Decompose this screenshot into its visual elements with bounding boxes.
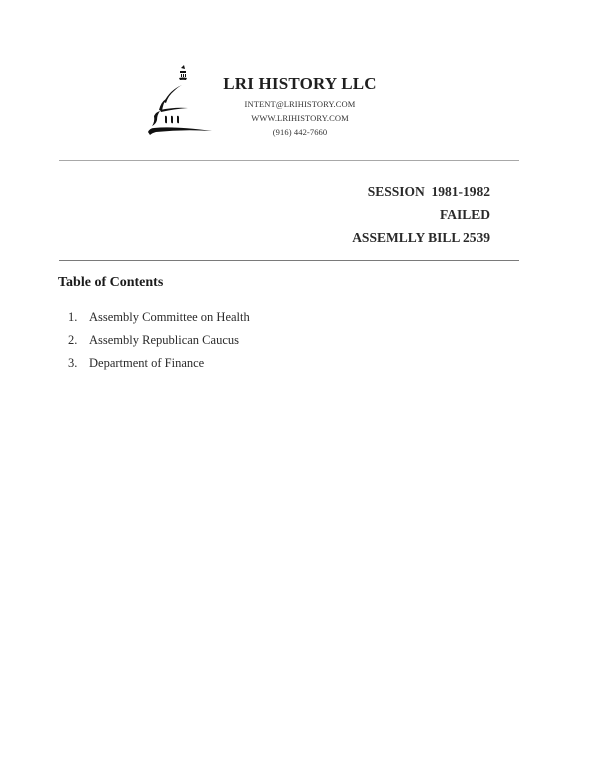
bill-session: SESSION 1981-1982 — [352, 180, 490, 203]
bill-number: ASSEMLLY BILL 2539 — [352, 226, 490, 249]
toc-title: Table of Contents — [58, 275, 163, 291]
toc-item[interactable]: 3. Department of Finance — [68, 352, 250, 375]
bill-divider — [59, 260, 519, 261]
company-website: WWW.LRIHISTORY.COM — [200, 111, 400, 125]
toc-item-label[interactable]: Assembly Committee on Health — [89, 306, 250, 329]
toc-item-number: 2. — [68, 329, 89, 352]
toc-item[interactable]: 1. Assembly Committee on Health — [68, 306, 250, 329]
company-header: LRI HISTORY LLC INTENT@LRIHISTORY.COM WW… — [200, 74, 400, 139]
company-email: INTENT@LRIHISTORY.COM — [200, 97, 400, 111]
bill-status: FAILED — [352, 203, 490, 226]
bill-info: SESSION 1981-1982 FAILED ASSEMLLY BILL 2… — [352, 180, 490, 249]
toc-item-number: 1. — [68, 306, 89, 329]
company-phone: (916) 442-7660 — [200, 125, 400, 139]
toc-item-label[interactable]: Department of Finance — [89, 352, 204, 375]
toc-item[interactable]: 2. Assembly Republican Caucus — [68, 329, 250, 352]
toc-item-number: 3. — [68, 352, 89, 375]
toc-list: 1. Assembly Committee on Health 2. Assem… — [68, 306, 250, 375]
toc-item-label[interactable]: Assembly Republican Caucus — [89, 329, 239, 352]
company-name: LRI HISTORY LLC — [200, 74, 400, 94]
header-divider — [59, 160, 519, 161]
